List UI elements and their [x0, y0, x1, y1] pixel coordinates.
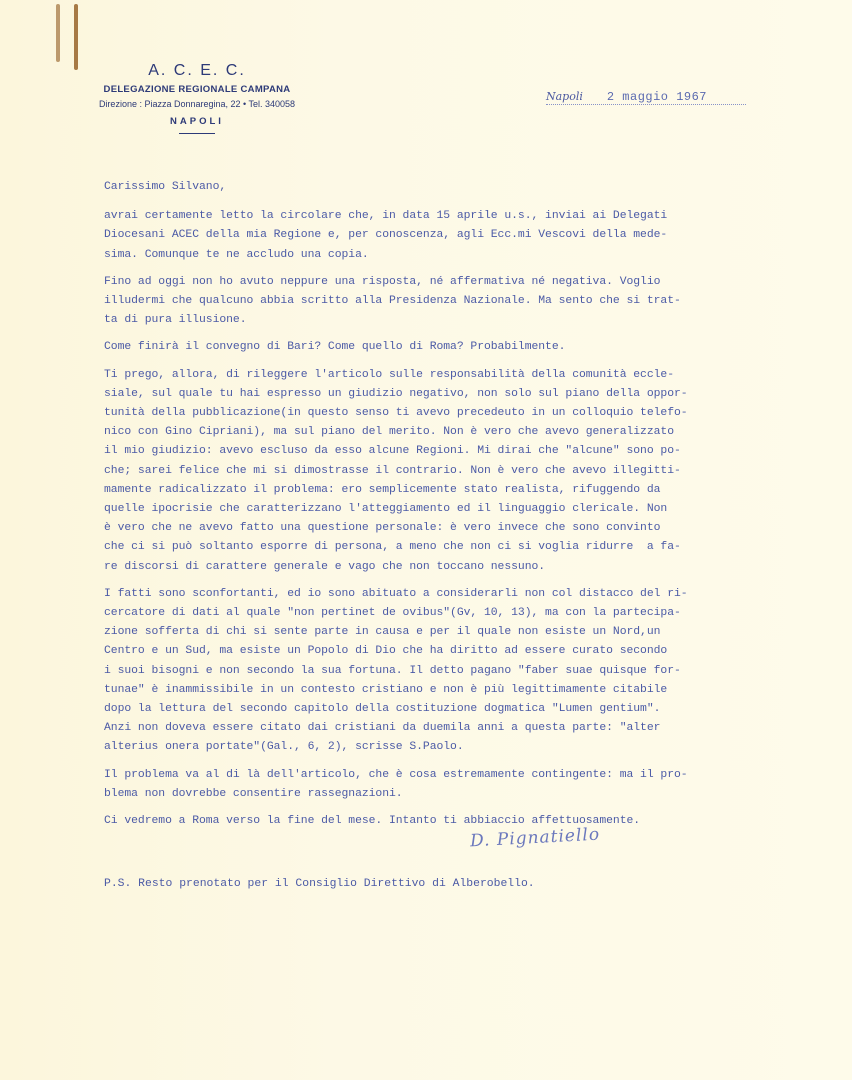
- text-line: dopo la lettura del secondo capitolo del…: [104, 700, 834, 719]
- text-line: blema non dovrebbe consentire rassegnazi…: [104, 785, 834, 804]
- letterhead-rule: [179, 133, 215, 134]
- salutation: Carissimo Silvano,: [104, 178, 834, 197]
- paragraph: I fatti sono sconfortanti, ed io sono ab…: [104, 585, 834, 758]
- text-line: mamente radicalizzato il problema: ero s…: [104, 481, 834, 500]
- text-line: che ci si può soltanto esporre di person…: [104, 538, 834, 557]
- postscript: P.S. Resto prenotato per il Consiglio Di…: [104, 878, 535, 890]
- dateline-date: 2 maggio 1967: [607, 90, 707, 104]
- text-line: Ti prego, allora, di rileggere l'articol…: [104, 366, 834, 385]
- text-line: è vero che ne avevo fatto una questione …: [104, 519, 834, 538]
- text-line: Ci vedremo a Roma verso la fine del mese…: [104, 812, 834, 831]
- text-line: tunità della pubblicazione(in questo sen…: [104, 404, 834, 423]
- paragraph: Il problema va al di là dell'articolo, c…: [104, 766, 834, 804]
- text-line: sima. Comunque te ne accludo una copia.: [104, 246, 834, 265]
- paragraph: Ci vedremo a Roma verso la fine del mese…: [104, 812, 834, 831]
- paragraph: Ti prego, allora, di rileggere l'articol…: [104, 366, 834, 577]
- staple-mark: [74, 4, 78, 70]
- text-line: tunae" è inammissibile in un contesto cr…: [104, 681, 834, 700]
- text-line: Diocesani ACEC della mia Regione e, per …: [104, 226, 834, 245]
- text-line: nico con Gino Cipriani), ma sul piano de…: [104, 423, 834, 442]
- letterhead-address: Direzione : Piazza Donnaregina, 22 • Tel…: [72, 99, 322, 109]
- letterhead: A. C. E. C. DELEGAZIONE REGIONALE CAMPAN…: [72, 62, 322, 134]
- text-line: che; sarei felice che mi si dimostrasse …: [104, 462, 834, 481]
- letter-page: A. C. E. C. DELEGAZIONE REGIONALE CAMPAN…: [0, 0, 852, 1080]
- text-line: I fatti sono sconfortanti, ed io sono ab…: [104, 585, 834, 604]
- letter-body: Carissimo Silvano, avrai certamente lett…: [104, 178, 834, 839]
- text-line: siale, sul quale tu hai espresso un giud…: [104, 385, 834, 404]
- text-line: Centro e un Sud, ma esiste un Popolo di …: [104, 642, 834, 661]
- paragraph: Fino ad oggi non ho avuto neppure una ri…: [104, 273, 834, 331]
- paragraph: Come finirà il convegno di Bari? Come qu…: [104, 338, 834, 357]
- paragraph: avrai certamente letto la circolare che,…: [104, 207, 834, 265]
- text-line: cercatore di dati al quale "non pertinet…: [104, 604, 834, 623]
- text-line: Fino ad oggi non ho avuto neppure una ri…: [104, 273, 834, 292]
- text-line: Il problema va al di là dell'articolo, c…: [104, 766, 834, 785]
- letterhead-city: NAPOLI: [72, 116, 322, 127]
- text-line: zione sofferta di chi si sente parte in …: [104, 623, 834, 642]
- text-line: illudermi che qualcuno abbia scritto all…: [104, 292, 834, 311]
- text-line: il mio giudizio: avevo escluso da esso a…: [104, 442, 834, 461]
- staple-mark: [56, 4, 60, 62]
- dateline: Napoli2 maggio 1967: [546, 90, 746, 105]
- dateline-place: Napoli: [546, 90, 583, 103]
- letterhead-organization: A. C. E. C.: [72, 62, 322, 80]
- text-line: ta di pura illusione.: [104, 311, 834, 330]
- text-line: Anzi non doveva essere citato dai cristi…: [104, 719, 834, 738]
- text-line: avrai certamente letto la circolare che,…: [104, 207, 834, 226]
- text-line: alterius onera portate"(Gal., 6, 2), scr…: [104, 738, 834, 757]
- letterhead-delegation: DELEGAZIONE REGIONALE CAMPANA: [72, 84, 322, 95]
- text-line: i suoi bisogni e non secondo la sua fort…: [104, 662, 834, 681]
- text-line: quelle ipocrisie che caratterizzano l'at…: [104, 500, 834, 519]
- text-line: re discorsi di carattere generale e vago…: [104, 558, 834, 577]
- text-line: Come finirà il convegno di Bari? Come qu…: [104, 338, 834, 357]
